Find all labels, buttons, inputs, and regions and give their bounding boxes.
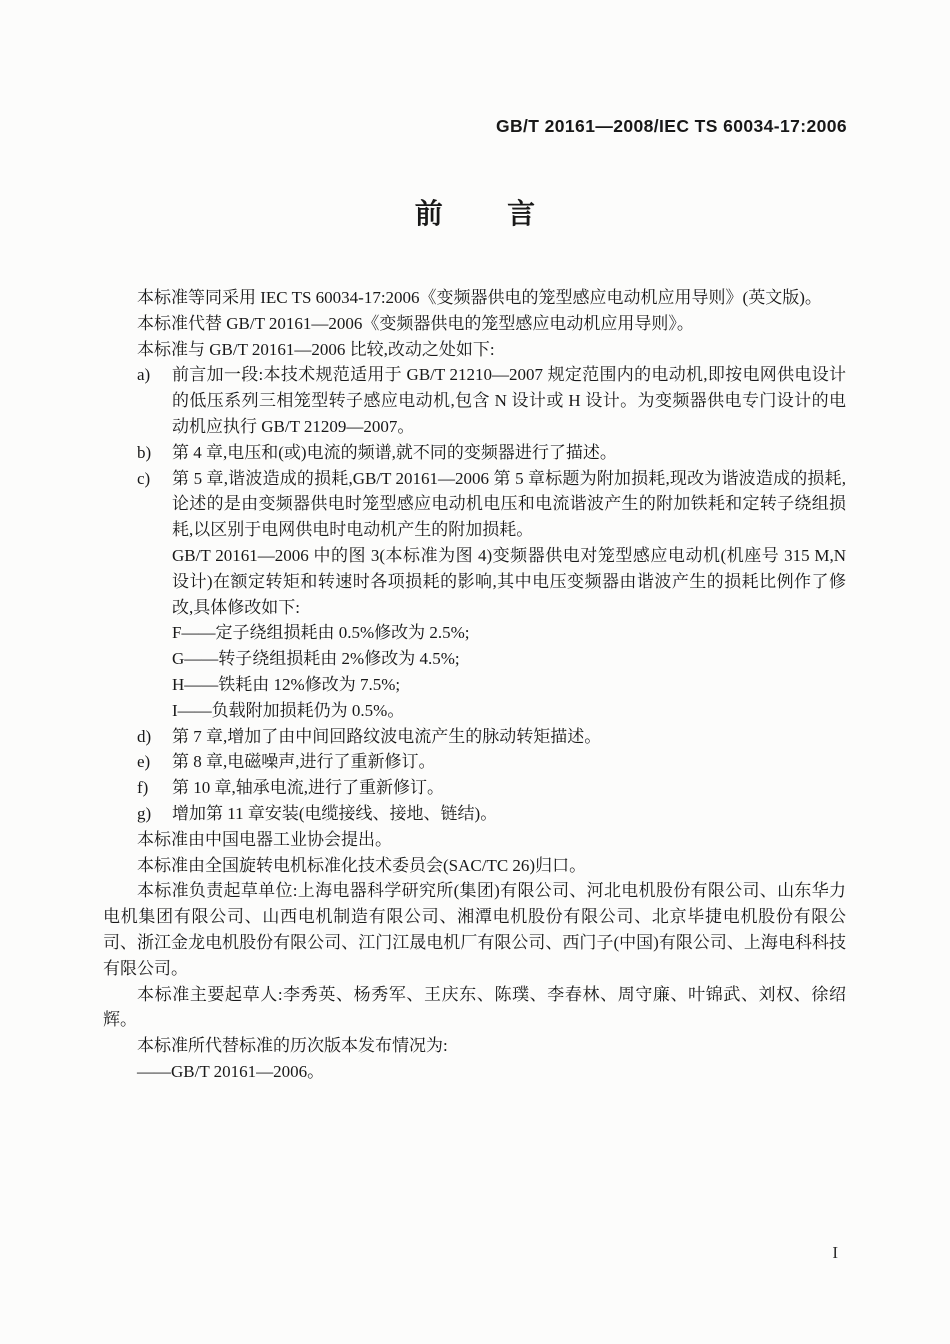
proposer-paragraph: 本标准由中国电器工业协会提出。 <box>103 827 846 853</box>
list-text: 第 8 章,电磁噪声,进行了重新修订。 <box>172 752 436 771</box>
page-title: 前言 <box>0 191 950 237</box>
loss-modification-line: G——转子绕组损耗由 2%修改为 4.5%; <box>103 646 846 672</box>
list-label: g) <box>137 801 167 827</box>
list-text: 第 7 章,增加了由中间回路纹波电流产生的脉动转矩描述。 <box>172 727 601 746</box>
drafters-paragraph: 本标准主要起草人:李秀英、杨秀军、王庆东、陈璞、李春林、周守廉、叶锦武、刘权、徐… <box>103 982 846 1034</box>
change-item-c: c) 第 5 章,谐波造成的损耗,GB/T 20161—2006 第 5 章标题… <box>103 466 846 543</box>
list-label: e) <box>137 749 167 775</box>
list-label: f) <box>137 775 167 801</box>
list-label: d) <box>137 724 167 750</box>
standard-code-header: GB/T 20161—2008/IEC TS 60034-17:2006 <box>0 0 950 137</box>
list-text: 第 5 章,谐波造成的损耗,GB/T 20161—2006 第 5 章标题为附加… <box>172 469 846 540</box>
list-text: 第 10 章,轴承电流,进行了重新修订。 <box>172 778 444 797</box>
list-label: c) <box>137 466 167 492</box>
list-text: 前言加一段:本技术规范适用于 GB/T 21210—2007 规定范围内的电动机… <box>172 365 846 436</box>
intro-paragraph: 本标准代替 GB/T 20161—2006《变频器供电的笼型感应电动机应用导则》… <box>103 311 846 337</box>
list-text: 第 4 章,电压和(或)电流的频谱,就不同的变频器进行了描述。 <box>172 443 617 462</box>
committee-paragraph: 本标准由全国旋转电机标准化技术委员会(SAC/TC 26)归口。 <box>103 853 846 879</box>
change-item-f: f) 第 10 章,轴承电流,进行了重新修订。 <box>103 775 846 801</box>
intro-paragraph: 本标准等同采用 IEC TS 60034-17:2006《变频器供电的笼型感应电… <box>103 285 846 311</box>
previous-edition-entry: ——GB/T 20161—2006。 <box>103 1059 846 1085</box>
loss-modification-line: F——定子绕组损耗由 0.5%修改为 2.5%; <box>103 620 846 646</box>
page-number: I <box>832 1243 838 1263</box>
list-text: 增加第 11 章安装(电缆接线、接地、链结)。 <box>172 804 497 823</box>
drafting-organizations-paragraph: 本标准负责起草单位:上海电器科学研究所(集团)有限公司、河北电机股份有限公司、山… <box>103 878 846 981</box>
loss-modification-line: H——铁耗由 12%修改为 7.5%; <box>103 672 846 698</box>
previous-editions-intro: 本标准所代替标准的历次版本发布情况为: <box>103 1033 846 1059</box>
loss-modification-line: I——负载附加损耗仍为 0.5%。 <box>103 698 846 724</box>
change-item-a: a) 前言加一段:本技术规范适用于 GB/T 21210—2007 规定范围内的… <box>103 362 846 439</box>
intro-paragraph: 本标准与 GB/T 20161—2006 比较,改动之处如下: <box>103 337 846 363</box>
list-label: b) <box>137 440 167 466</box>
change-item-c-subparagraph: GB/T 20161—2006 中的图 3(本标准为图 4)变频器供电对笼型感应… <box>103 543 846 620</box>
foreword-body: 本标准等同采用 IEC TS 60034-17:2006《变频器供电的笼型感应电… <box>103 285 846 1085</box>
document-page: GB/T 20161—2008/IEC TS 60034-17:2006 前言 … <box>0 0 950 1344</box>
change-item-e: e) 第 8 章,电磁噪声,进行了重新修订。 <box>103 749 846 775</box>
change-item-d: d) 第 7 章,增加了由中间回路纹波电流产生的脉动转矩描述。 <box>103 724 846 750</box>
change-item-b: b) 第 4 章,电压和(或)电流的频谱,就不同的变频器进行了描述。 <box>103 440 846 466</box>
change-item-g: g) 增加第 11 章安装(电缆接线、接地、链结)。 <box>103 801 846 827</box>
list-label: a) <box>137 362 167 388</box>
